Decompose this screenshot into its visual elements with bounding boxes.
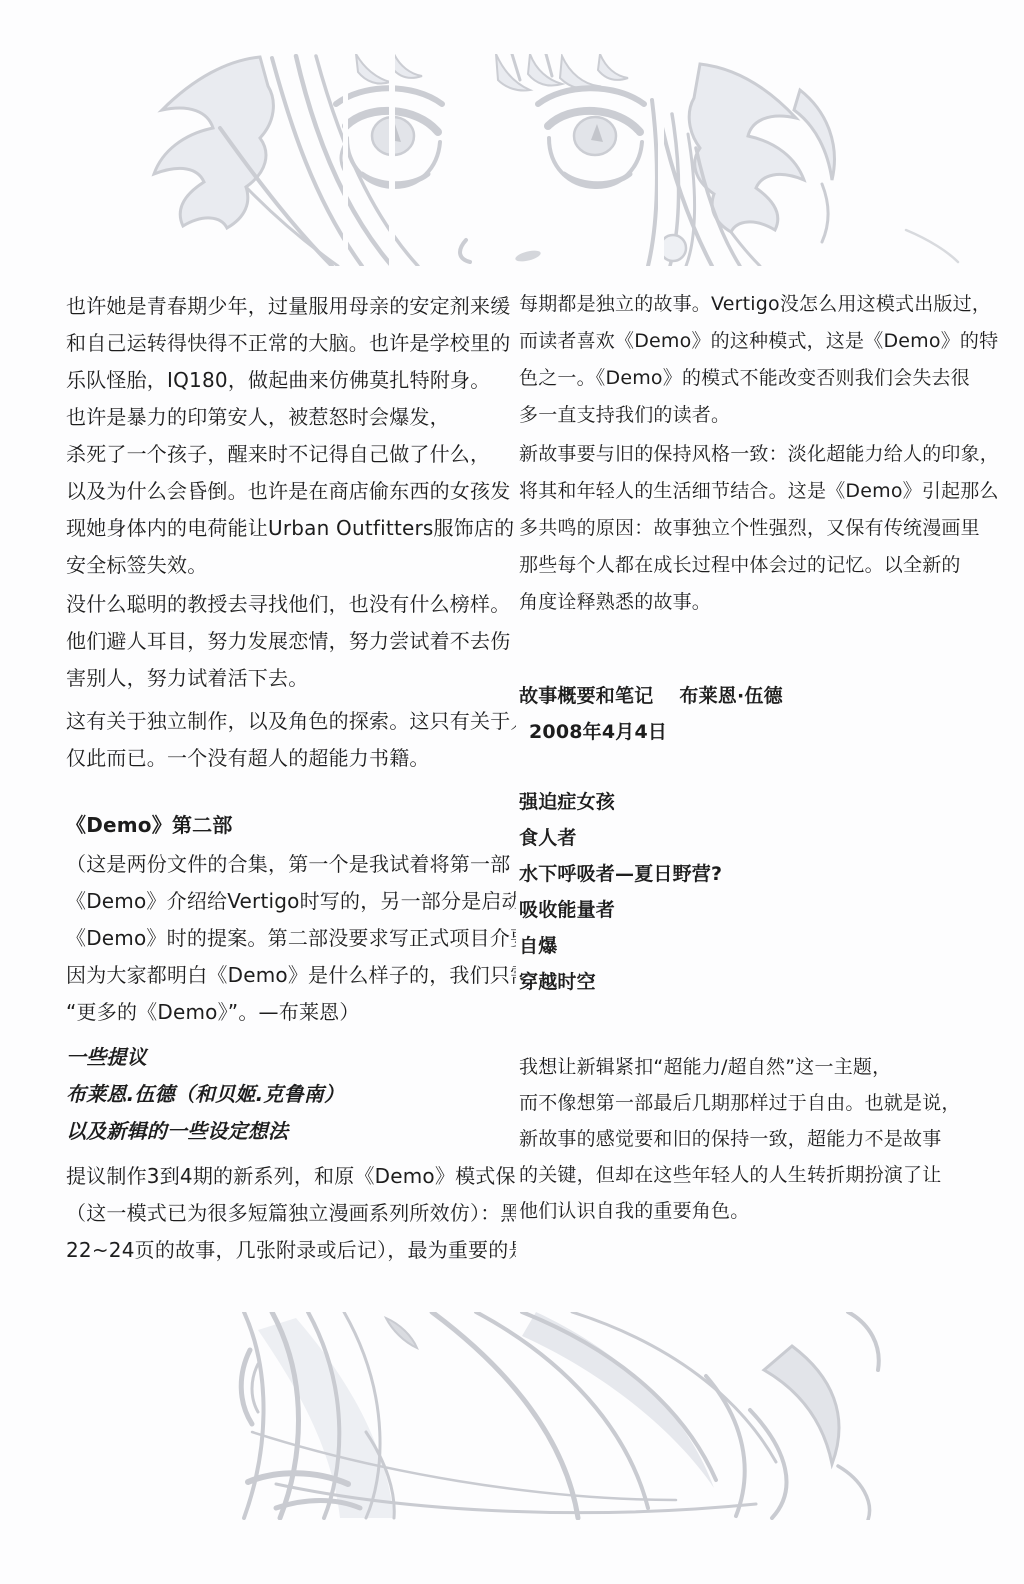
right-paragraph-2: 新故事要与旧的保持风格一致：淡化超能力给人的印象， 将其和年轻人的生活细节结合。… — [519, 436, 1001, 621]
text-line: 提议制作3到4期的新系列，和原《Demo》模式保持一致 — [66, 1158, 516, 1195]
text-line: 多一直支持我们的读者。 — [519, 397, 1001, 434]
text-line: 多共鸣的原因：故事独立个性强烈，又保有传统漫画里 — [519, 510, 1001, 547]
bottom-artwork-hair-sketch — [236, 1312, 884, 1520]
text-line: 每期都是独立的故事。Vertigo没怎么用这模式出版过， — [519, 286, 1001, 323]
text-line: 新故事要与旧的保持风格一致：淡化超能力给人的印象， — [519, 436, 1001, 473]
story-list-item: 水下呼吸者—夏日野营? — [519, 856, 1001, 892]
notes-heading-row: 故事概要和笔记 布莱恩·伍德 — [519, 678, 1001, 715]
text-line: 也许她是青春期少年，过量服用母亲的安定剂来缓 — [66, 288, 516, 325]
story-list-item: 强迫症女孩 — [519, 784, 1001, 820]
story-list-item: 穿越时空 — [519, 964, 1001, 1000]
text-line: 这有关于独立制作，以及角色的探索。这只有关于人， — [66, 703, 516, 740]
text-line: 现她身体内的电荷能让Urban Outfitters服饰店的 — [66, 510, 516, 547]
section-heading-proposal: 一些提议 布莱恩.伍德（和贝姬.克鲁南） 以及新辑的一些设定想法 — [66, 1039, 516, 1150]
story-list-item: 自爆 — [519, 928, 1001, 964]
text-line: 因为大家都明白《Demo》是什么样子的，我们只需制作 — [66, 957, 516, 994]
text-line: 乐队怪胎，IQ180，做起曲来仿佛莫扎特附身。 — [66, 362, 516, 399]
text-line: 也许是暴力的印第安人，被惹怒时会爆发， — [66, 399, 516, 436]
text-line: 《Demo》介绍给Vertigo时写的，另一部分是启动第2部 — [66, 883, 516, 920]
text-line: 他们避人耳目，努力发展恋情，努力尝试着不去伤 — [66, 623, 516, 660]
text-line: 那些每个人都在成长过程中体会过的记忆。以全新的 — [519, 547, 1001, 584]
right-paragraph-1: 每期都是独立的故事。Vertigo没怎么用这模式出版过， 而读者喜欢《Demo》… — [519, 286, 1001, 434]
text-line: 《Demo》时的提案。第二部没要求写正式项目介要， — [66, 920, 516, 957]
left-paragraph-4: （这是两份文件的合集，第一个是我试着将第一部 《Demo》介绍给Vertigo时… — [66, 846, 516, 1031]
left-paragraph-2: 没什么聪明的教授去寻找他们，也没有什么榜样。 他们避人耳目，努力发展恋情，努力尝… — [66, 586, 516, 697]
text-line: 杀死了一个孩子，醒来时不记得自己做了什么， — [66, 436, 516, 473]
left-paragraph-3: 这有关于独立制作，以及角色的探索。这只有关于人， 仅此而已。一个没有超人的超能力… — [66, 703, 516, 777]
text-line: 我想让新辑紧扣“超能力/超自然”这一主题， — [519, 1049, 1001, 1085]
text-line: 新故事的感觉要和旧的保持一致，超能力不是故事 — [519, 1121, 1001, 1157]
story-list-item: 食人者 — [519, 820, 1001, 856]
text-line: （这一模式已为很多短篇独立漫画系列所效仿）：黑白， — [66, 1195, 516, 1232]
right-paragraph-3: 我想让新辑紧扣“超能力/超自然”这一主题， 而不像想第一部最后几期那样过于自由。… — [519, 1049, 1001, 1229]
notes-heading: 故事概要和笔记 — [519, 678, 653, 715]
text-line: 而不像想第一部最后几期那样过于自由。也就是说， — [519, 1085, 1001, 1121]
notes-date: 2008年4月4日 — [519, 714, 1001, 751]
heading-text: 一些提议 — [66, 1039, 516, 1076]
text-line: （这是两份文件的合集，第一个是我试着将第一部 — [66, 846, 516, 883]
text-line: 害别人，努力试着活下去。 — [66, 660, 516, 697]
story-list: 强迫症女孩 食人者 水下呼吸者—夏日野营? 吸收能量者 自爆 穿越时空 — [519, 784, 1001, 1000]
text-line: 角度诠释熟悉的故事。 — [519, 584, 1001, 621]
text-line: 而读者喜欢《Demo》的这种模式，这是《Demo》的特 — [519, 323, 1001, 360]
text-line: 安全标签失效。 — [66, 547, 516, 584]
heading-text: 《Demo》第二部 — [66, 807, 516, 844]
text-line: 的关键，但却在这些年轻人的人生转折期扮演了让 — [519, 1157, 1001, 1193]
text-line: 和自己运转得快得不正常的大脑。也许是学校里的 — [66, 325, 516, 362]
text-line: 仅此而已。一个没有超人的超能力书籍。 — [66, 740, 516, 777]
left-paragraph-1: 也许她是青春期少年，过量服用母亲的安定剂来缓 和自己运转得快得不正常的大脑。也许… — [66, 288, 516, 584]
text-line: 以及为什么会昏倒。也许是在商店偷东西的女孩发 — [66, 473, 516, 510]
text-line: 色之一。《Demo》的模式不能改变否则我们会失去很 — [519, 360, 1001, 397]
scanned-document-page: 也许她是青春期少年，过量服用母亲的安定剂来缓 和自己运转得快得不正常的大脑。也许… — [0, 0, 1024, 1584]
top-artwork-manga-face-sketch — [100, 54, 970, 266]
heading-text: 布莱恩.伍德（和贝姬.克鲁南） — [66, 1076, 516, 1113]
heading-text: 以及新辑的一些设定想法 — [66, 1113, 516, 1150]
section-heading-demo2: 《Demo》第二部 — [66, 807, 516, 844]
text-line: 将其和年轻人的生活细节结合。这是《Demo》引起那么 — [519, 473, 1001, 510]
story-list-item: 吸收能量者 — [519, 892, 1001, 928]
text-line: 他们认识自我的重要角色。 — [519, 1193, 1001, 1229]
left-paragraph-5: 提议制作3到4期的新系列，和原《Demo》模式保持一致 （这一模式已为很多短篇独… — [66, 1158, 516, 1269]
notes-author: 布莱恩·伍德 — [679, 678, 782, 715]
text-line: “更多的《Demo》”。—布莱恩） — [66, 994, 516, 1031]
text-line: 22~24页的故事，几张附录或后记），最为重要的是， — [66, 1232, 516, 1269]
notes-date-row: 2008年4月4日 — [519, 714, 1001, 751]
text-line: 没什么聪明的教授去寻找他们，也没有什么榜样。 — [66, 586, 516, 623]
